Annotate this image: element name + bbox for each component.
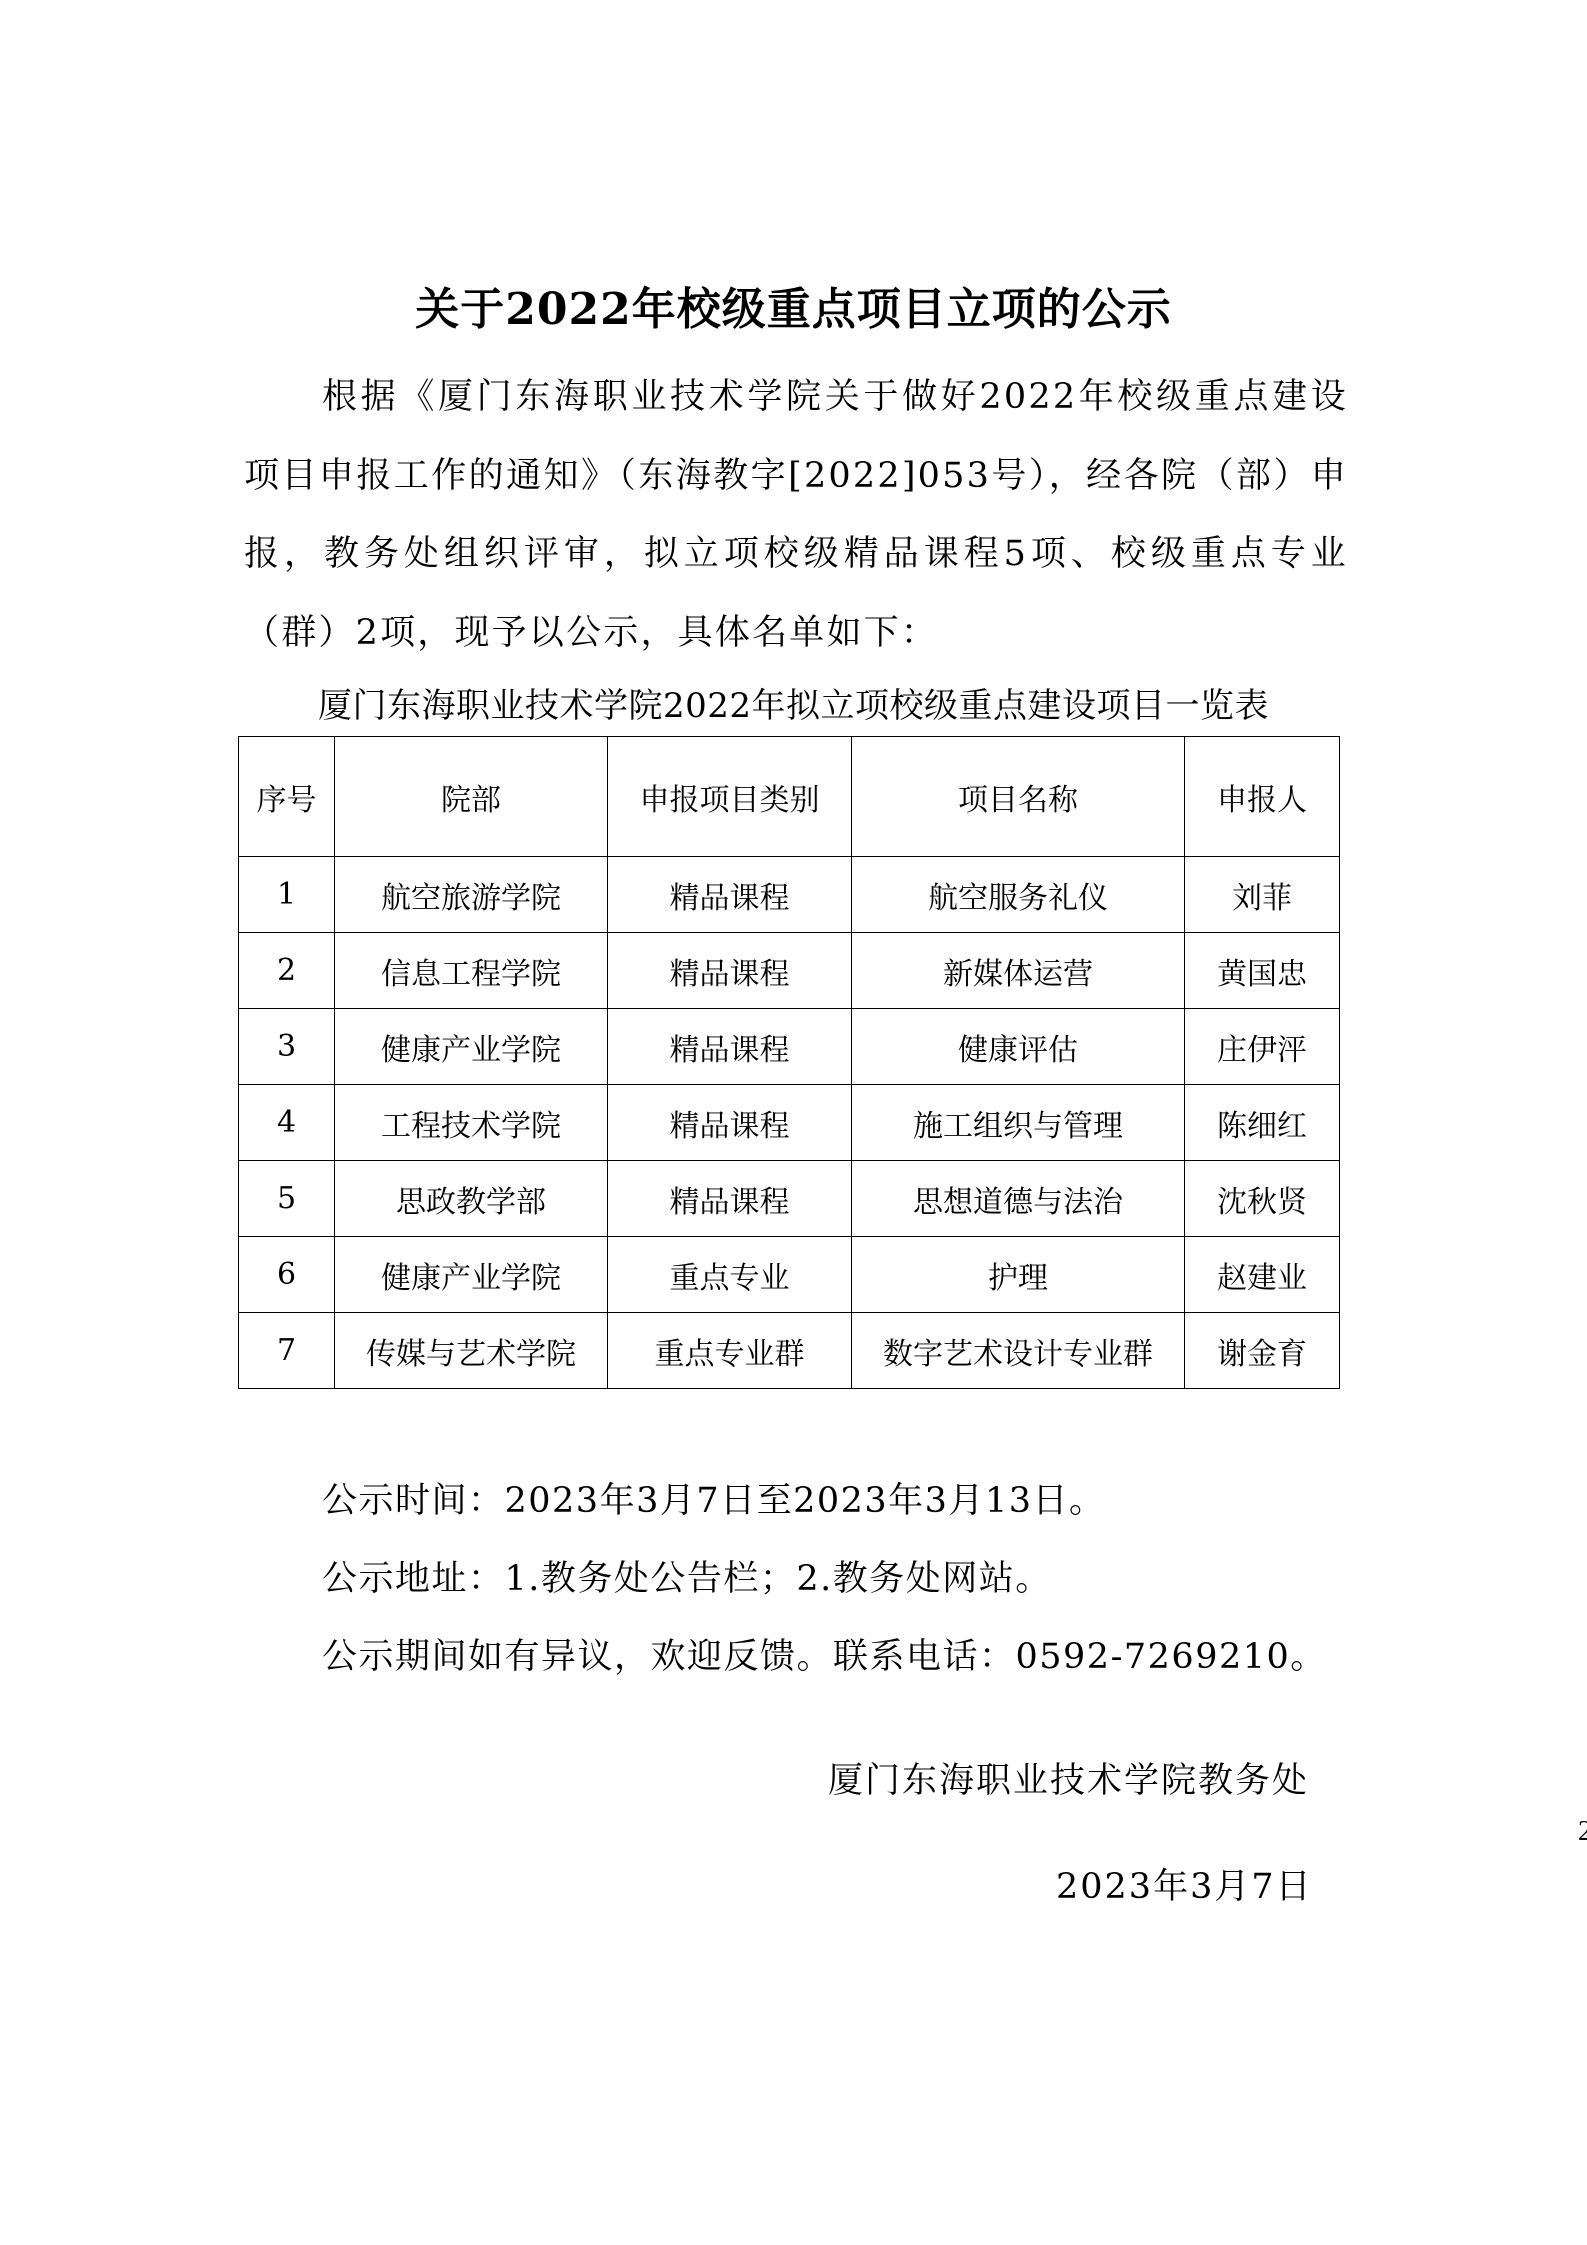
notice-contact: 公示期间如有异议，欢迎反馈。联系电话：0592-7269210。 [322, 1632, 1327, 1682]
intro-paragraph: 根据《厦门东海职业技术学院关于做好2022年校级重点建设项目申报工作的通知》（东… [244, 358, 1348, 672]
header-department: 院部 [335, 737, 608, 857]
cell-category: 精品课程 [608, 933, 852, 1009]
cell-category: 精品课程 [608, 1085, 852, 1161]
cell-no: 6 [239, 1237, 335, 1313]
table-row: 4 工程技术学院 精品课程 施工组织与管理 陈细红 [239, 1085, 1340, 1161]
cell-no: 2 [239, 933, 335, 1009]
table-row: 6 健康产业学院 重点专业 护理 赵建业 [239, 1237, 1340, 1313]
cell-no: 1 [239, 857, 335, 933]
header-category: 申报项目类别 [608, 737, 852, 857]
cell-category: 重点专业群 [608, 1313, 852, 1389]
signature-date: 2023年3月7日 [1056, 1862, 1313, 1912]
cell-applicant: 陈细红 [1185, 1085, 1340, 1161]
notice-period: 公示时间：2023年3月7日至2023年3月13日。 [322, 1476, 1106, 1526]
cell-applicant: 刘菲 [1185, 857, 1340, 933]
table-header-row: 序号 院部 申报项目类别 项目名称 申报人 [239, 737, 1340, 857]
cell-department: 信息工程学院 [335, 933, 608, 1009]
cell-department: 健康产业学院 [335, 1009, 608, 1085]
cell-no: 7 [239, 1313, 335, 1389]
cell-no: 3 [239, 1009, 335, 1085]
cell-project: 护理 [852, 1237, 1185, 1313]
cell-department: 工程技术学院 [335, 1085, 608, 1161]
cell-applicant: 赵建业 [1185, 1237, 1340, 1313]
cell-applicant: 庄伊泙 [1185, 1009, 1340, 1085]
cell-applicant: 黄国忠 [1185, 933, 1340, 1009]
cell-applicant: 沈秋贤 [1185, 1161, 1340, 1237]
cell-project: 健康评估 [852, 1009, 1185, 1085]
table-row: 3 健康产业学院 精品课程 健康评估 庄伊泙 [239, 1009, 1340, 1085]
table-row: 1 航空旅游学院 精品课程 航空服务礼仪 刘菲 [239, 857, 1340, 933]
cell-category: 重点专业 [608, 1237, 852, 1313]
table-row: 7 传媒与艺术学院 重点专业群 数字艺术设计专业群 谢金育 [239, 1313, 1340, 1389]
cell-department: 传媒与艺术学院 [335, 1313, 608, 1389]
cell-project: 数字艺术设计专业群 [852, 1313, 1185, 1389]
page-edge-mark: 2 [1578, 1812, 1587, 1852]
cell-department: 思政教学部 [335, 1161, 608, 1237]
cell-category: 精品课程 [608, 1009, 852, 1085]
document-title: 关于2022年校级重点项目立项的公示 [0, 282, 1587, 338]
cell-department: 健康产业学院 [335, 1237, 608, 1313]
cell-applicant: 谢金育 [1185, 1313, 1340, 1389]
cell-project: 航空服务礼仪 [852, 857, 1185, 933]
cell-category: 精品课程 [608, 857, 852, 933]
header-applicant: 申报人 [1185, 737, 1340, 857]
cell-department: 航空旅游学院 [335, 857, 608, 933]
cell-project: 思想道德与法治 [852, 1161, 1185, 1237]
header-project: 项目名称 [852, 737, 1185, 857]
cell-no: 5 [239, 1161, 335, 1237]
table-row: 5 思政教学部 精品课程 思想道德与法治 沈秋贤 [239, 1161, 1340, 1237]
header-no: 序号 [239, 737, 335, 857]
cell-no: 4 [239, 1085, 335, 1161]
notice-location: 公示地址：1.教务处公告栏；2.教务处网站。 [322, 1554, 1052, 1604]
cell-category: 精品课程 [608, 1161, 852, 1237]
table-caption: 厦门东海职业技术学院2022年拟立项校级重点建设项目一览表 [0, 682, 1587, 730]
table-row: 2 信息工程学院 精品课程 新媒体运营 黄国忠 [239, 933, 1340, 1009]
cell-project: 施工组织与管理 [852, 1085, 1185, 1161]
signature-issuer: 厦门东海职业技术学院教务处 [828, 1756, 1309, 1806]
cell-project: 新媒体运营 [852, 933, 1185, 1009]
projects-table: 序号 院部 申报项目类别 项目名称 申报人 1 航空旅游学院 精品课程 航空服务… [238, 736, 1340, 1389]
